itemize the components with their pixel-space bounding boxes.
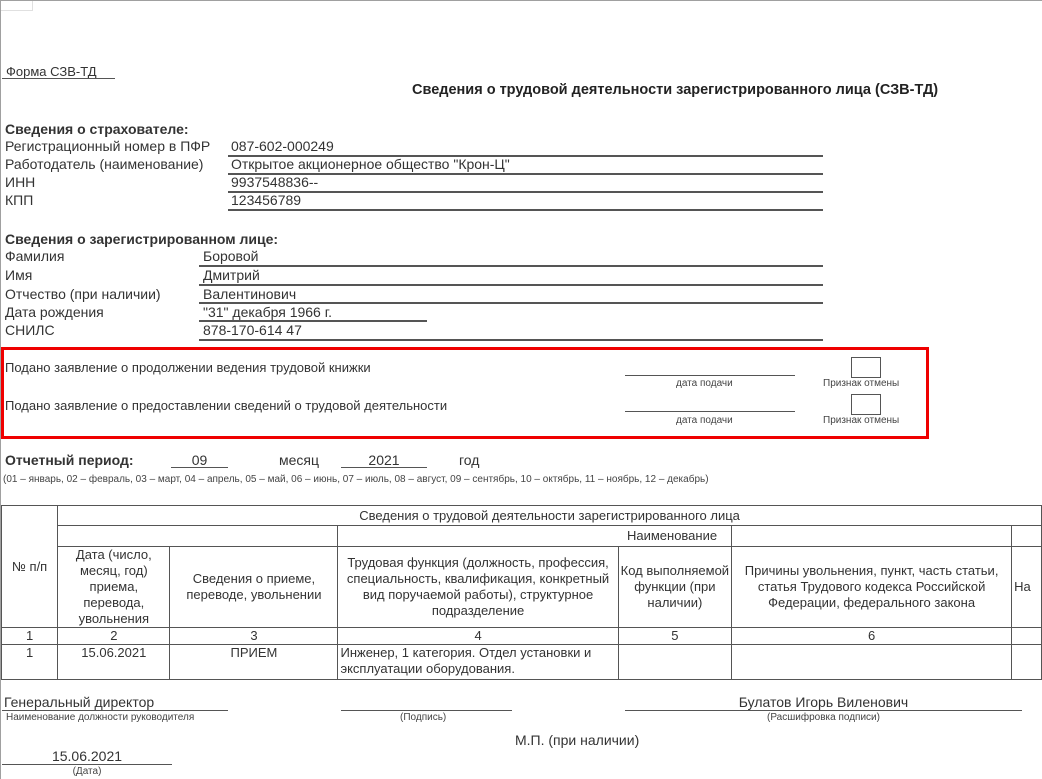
col-header-reason: Причины увольнения, пункт, часть статьи,… (732, 547, 1012, 628)
cancel-caption: Признак отмены (823, 415, 899, 426)
field-label-kpp: КПП (5, 192, 33, 208)
col-header-code: Код выполняемой функции (при наличии) (618, 547, 731, 628)
cell-event: ПРИЕМ (170, 645, 338, 680)
subgroup-header: Наименование (338, 526, 732, 547)
signature-field[interactable] (341, 710, 512, 711)
application-label: Подано заявление о предоставлении сведен… (5, 398, 447, 413)
date-caption: дата подачи (676, 415, 733, 426)
col-number: 2 (58, 628, 170, 645)
form-label: Форма СЗВ-ТД (6, 64, 97, 79)
field-label-name: Имя (5, 267, 32, 283)
cell-reason (732, 645, 1012, 680)
name-caption: (Расшифровка подписи) (625, 712, 1022, 723)
col-number: 5 (618, 628, 731, 645)
field-value-patronymic[interactable]: Валентинович (203, 286, 296, 302)
col-header-number: № п/п (2, 506, 58, 628)
window-top-border (0, 0, 1042, 1)
signature-date-value[interactable]: 15.06.2021 (2, 748, 172, 764)
field-underline (625, 710, 1022, 711)
field-value-kpp[interactable]: 123456789 (231, 192, 301, 208)
subgroup-header-text: Наименование (627, 528, 717, 543)
field-label-inn: ИНН (5, 174, 35, 190)
period-year-value[interactable]: 2021 (341, 452, 427, 468)
header-spacer (732, 526, 1012, 547)
field-value-birth-date[interactable]: "31" декабря 1966 г. (203, 304, 332, 320)
col-header-event: Сведения о приеме, переводе, увольнении (170, 547, 338, 628)
period-label: Отчетный период: (5, 452, 134, 468)
field-underline (199, 339, 823, 341)
field-underline (199, 265, 823, 267)
position-value[interactable]: Генеральный директор (4, 694, 154, 710)
cell-date: 15.06.2021 (58, 645, 170, 680)
field-label-patronymic: Отчество (при наличии) (5, 286, 161, 302)
person-heading: Сведения о зарегистрированном лице: (5, 231, 278, 247)
field-value-inn[interactable]: 9937548836-- (231, 174, 318, 190)
submission-date-field[interactable] (625, 411, 795, 412)
cell-code (618, 645, 731, 680)
corner-tab (1, 1, 33, 11)
cancel-caption: Признак отмены (823, 378, 899, 389)
page-title: Сведения о трудовой деятельности зарегис… (412, 82, 938, 98)
col-header-truncated: На (1012, 547, 1042, 628)
field-value-name[interactable]: Дмитрий (203, 267, 260, 283)
col-header-date: Дата (число, месяц, год) приема, перевод… (58, 547, 170, 628)
month-label: месяц (279, 452, 319, 468)
group-header: Сведения о трудовой деятельности зарегис… (58, 506, 1042, 526)
period-month-value[interactable]: 09 (171, 452, 228, 468)
cancel-checkbox[interactable] (851, 394, 881, 415)
name-value[interactable]: Булатов Игорь Виленович (625, 694, 1022, 710)
month-legend: (01 – январь, 02 – февраль, 03 – март, 0… (3, 474, 709, 485)
field-underline (228, 191, 823, 193)
col-number: 3 (170, 628, 338, 645)
field-value-employer[interactable]: Открытое акционерное общество "Крон-Ц" (231, 156, 510, 172)
field-label-employer: Работодатель (наименование) (5, 156, 203, 172)
field-underline (171, 467, 228, 468)
field-label-surname: Фамилия (5, 248, 64, 264)
field-underline (2, 764, 172, 765)
year-label: год (459, 452, 479, 468)
field-underline (341, 467, 427, 468)
header-spacer (58, 526, 338, 547)
field-value-surname[interactable]: Боровой (203, 248, 258, 264)
col-number: 6 (732, 628, 1012, 645)
cancel-checkbox[interactable] (851, 357, 881, 378)
field-underline (228, 209, 823, 211)
signature-caption: (Подпись) (400, 712, 446, 723)
insurer-heading: Сведения о страхователе: (5, 121, 189, 137)
date-caption: дата подачи (676, 378, 733, 389)
signature-date-caption: (Дата) (2, 766, 172, 777)
position-caption: Наименование должности руководителя (6, 712, 194, 723)
field-label-reg-number: Регистрационный номер в ПФР (5, 138, 210, 154)
cell-number: 1 (2, 645, 58, 680)
application-label: Подано заявление о продолжении ведения т… (5, 360, 371, 375)
col-header-function: Трудовая функция (должность, профессия, … (338, 547, 618, 628)
table-row[interactable]: 1 15.06.2021 ПРИЕМ Инженер, 1 категория.… (2, 645, 1042, 680)
employment-table: № п/п Сведения о трудовой деятельности з… (1, 505, 1042, 680)
col-number: 4 (338, 628, 618, 645)
col-number: 1 (2, 628, 58, 645)
field-value-reg-number[interactable]: 087-602-000249 (231, 138, 334, 154)
cell-function: Инженер, 1 категория. Отдел установки и … (338, 645, 618, 680)
field-value-snils[interactable]: 878-170-614 47 (203, 322, 302, 338)
form-label-underline (2, 78, 115, 79)
field-underline (2, 710, 228, 711)
stamp-label: М.П. (при наличии) (515, 732, 639, 748)
submission-date-field[interactable] (625, 375, 795, 376)
cell-extra (1012, 645, 1042, 680)
col-number (1012, 628, 1042, 645)
header-spacer (1012, 526, 1042, 547)
field-label-birth-date: Дата рождения (5, 304, 104, 320)
field-label-snils: СНИЛС (5, 322, 55, 338)
